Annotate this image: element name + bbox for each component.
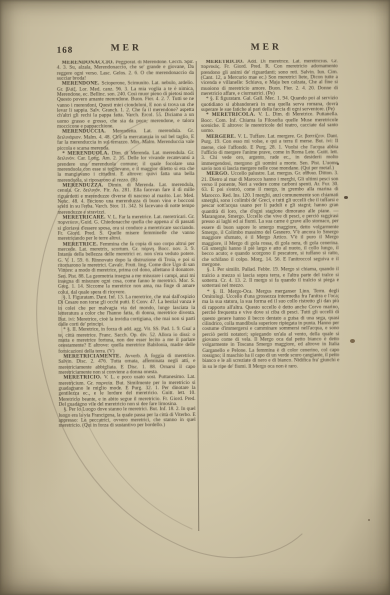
dictionary-entry: §. Per lo Luogo dove stanno le meretrici… <box>59 407 196 429</box>
headword: MERENDONE. <box>62 81 102 87</box>
foxing-spot <box>368 519 370 521</box>
page-content: 168 MER MER MERENDONACCIO. Peggiorat. di… <box>0 0 390 595</box>
dictionary-entry: MERETRICARE. V. L. Far la meretrice. Lat… <box>58 215 195 242</box>
headword: MERENDUCCIA. <box>62 129 113 135</box>
foxing-spot <box>337 163 339 165</box>
column-divider <box>196 61 199 531</box>
dictionary-entry: MERETRICIO. V. L. e poco usato sost. Put… <box>58 375 195 408</box>
headword: MERETRICIO. <box>63 375 104 381</box>
headword: MERENDUZZA. <box>62 182 108 188</box>
headword: MERGO. <box>206 171 230 177</box>
dictionary-entry: MERETRICIAMENTE. Avverb. A foggia di mer… <box>58 354 195 376</box>
headword: * MERETRICOLA. <box>206 112 258 118</box>
right-column: MERETRICIO. Add. Di meretrice. Lat. mere… <box>201 59 340 530</box>
foxing-spot <box>344 196 348 199</box>
dictionary-entry: MERETRICIO. Add. Di meretrice. Lat. mere… <box>201 59 338 97</box>
left-column: MERENDONACCIO. Peggiorat. di Merendone. … <box>57 60 196 531</box>
headword: MERENDONACCIO. <box>62 60 116 66</box>
running-head-right: MER <box>251 43 282 53</box>
headword: MERGERE. <box>206 134 238 140</box>
dictionary-entry: MERENDONACCIO. Peggiorat. di Merendone. … <box>57 60 194 82</box>
headword: * MERENDUOLA. <box>62 150 111 156</box>
scanned-dictionary-page: 168 MER MER MERENDONACCIO. Peggiorat. di… <box>0 0 390 595</box>
dictionary-entry: * MERETRICOLA. V. L. Dim. di Meretrice. … <box>201 113 338 135</box>
dictionary-entry: * MERENDUOLA. Dim. di Merenda. Lat. mere… <box>57 151 194 184</box>
dictionary-entry: MERGO. Uccello palustre. Lat. mergus. Gr… <box>201 171 339 268</box>
dictionary-entry: MERENDUCCIA. Merendetta. Lat. merendula.… <box>57 129 194 151</box>
foxing-spot <box>350 339 355 343</box>
dictionary-entry: MERGERE. V. L. Tuffare. Lat. mergere. Gr… <box>201 134 338 172</box>
dictionary-entry: * §. II. Meretrice, in forza di add. agg… <box>58 327 195 354</box>
dictionary-entry: §. I. Figuratam. Dant. Inf. 13. La meret… <box>58 295 195 328</box>
dictionary-entry: §. I. Per similit. Pallad. Febbr. 19. Me… <box>202 268 339 290</box>
running-head-left: MER <box>111 43 142 53</box>
headword: MERETRICARE. <box>63 214 108 220</box>
dictionary-entry: MERENDONE. Scioperone, Scimunito. Lat. n… <box>57 81 194 130</box>
dictionary-entry: * §. II. Mergo-Oca. Mergus merganser Lin… <box>202 289 339 370</box>
headword: MERETRICIAMENTE. <box>63 353 124 359</box>
headword: MERETRICIO. <box>206 59 248 65</box>
headword: MERETRICE. <box>63 241 100 247</box>
dictionary-entry: MERENDUZZA. Dimin. di Merenda. Lat. mere… <box>57 183 194 216</box>
page-number: 168 <box>57 45 74 55</box>
dictionary-entry: MERETRICE. Femmina che fa copia di suo c… <box>58 242 195 296</box>
